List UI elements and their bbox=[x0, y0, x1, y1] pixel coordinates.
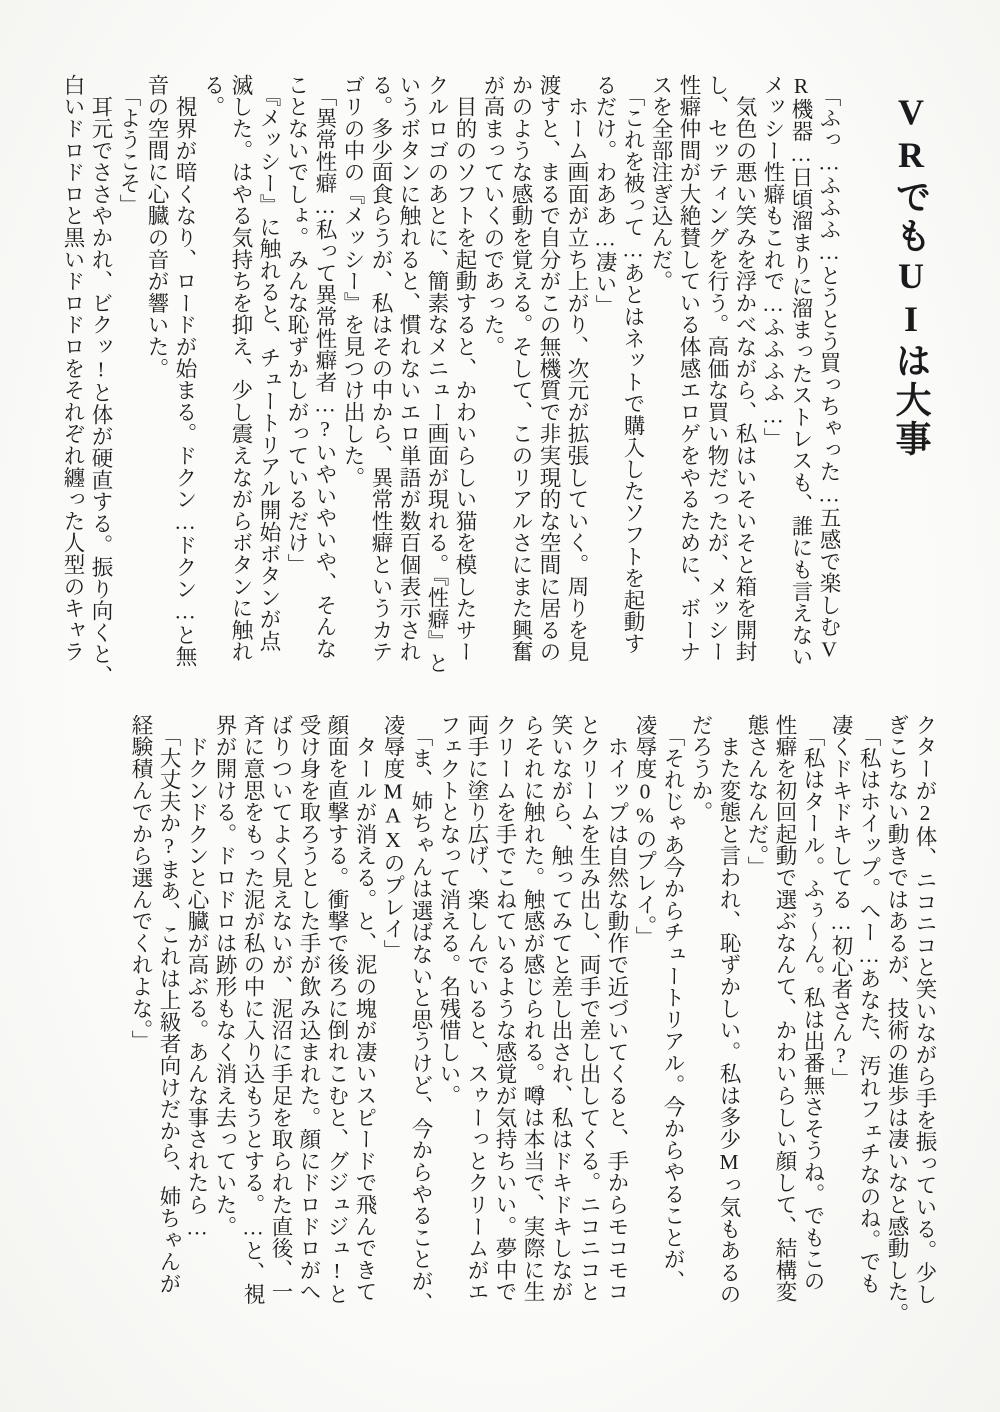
text-line: フェクトとなって消える。名残惜しい。 bbox=[435, 714, 463, 1328]
text-line: ドクンドクンと心臓が高ぶる。あんな事されたら… bbox=[183, 714, 211, 1328]
text-line: が高まっていくのであった。 bbox=[479, 74, 507, 688]
text-line: 「それじゃあ今からチュートリアル。今からやることが、 bbox=[659, 714, 687, 1328]
text-line: 性癖を初回起動で選ぶなんて、かわいらしい顔して、結構変 bbox=[771, 714, 799, 1328]
text-line: 目的のソフトを起動すると、かわいらしい猫を模したサー bbox=[451, 74, 479, 688]
text-line: だろうか。 bbox=[687, 714, 715, 1328]
scanned-document-page: VRでもUIは大事 「ふっ…ふふふ…とうとう買っちゃった…五感で楽しむVR機器…… bbox=[0, 0, 1000, 1412]
text-line: 「私はホイップ。へー…あなた、汚れフェチなのね。でも bbox=[855, 714, 883, 1328]
text-line: る。 bbox=[199, 74, 227, 688]
text-line: 『メッシー』に触れると、チュートリアル開始ボタンが点 bbox=[255, 74, 283, 688]
text-line: し、セッティングを行う。高価な買い物だったが、メッシー bbox=[703, 74, 731, 688]
text-line: 「ま、姉ちゃんは選ばないと思うけど、今からやることが、 bbox=[407, 714, 435, 1328]
text-line: タールが消える。と、泥の塊が凄いスピードで飛んできて bbox=[351, 714, 379, 1328]
text-line: る。多少面食らうが、私はその中から、異常性癖というカテ bbox=[367, 74, 395, 688]
text-line: 音の空間に心臓の音が響いた。 bbox=[143, 74, 171, 688]
text-line: 凌辱度MAXのプレイ」 bbox=[379, 714, 407, 1328]
text-line: 「異常性癖…私って異常性癖者…?いやいやいや、そんな bbox=[311, 74, 339, 688]
text-line: 笑いながら、触ってみてと差し出され、私はドキドキしなが bbox=[547, 714, 575, 1328]
text-line: 性癖仲間が大絶賛している体感エロゲをやるために、ボーナ bbox=[675, 74, 703, 688]
text-line: ホイップは自然な動作で近づいてくると、手からモコモコ bbox=[603, 714, 631, 1328]
text-line: R機器…日頃溜まりに溜まったストレスも、誰にも言えない bbox=[787, 74, 815, 688]
text-line: 「大丈夫か?まあ、これは上級者向けだから、姉ちゃんが bbox=[155, 714, 183, 1328]
text-line: ことないでしょ。みんな恥ずかしがっているだけ」 bbox=[283, 74, 311, 688]
text-line: 気色の悪い笑みを浮かべながら、私はいそいそと箱を開封 bbox=[731, 74, 759, 688]
text-line: ゴリの中の『メッシー』を見つけ出した。 bbox=[339, 74, 367, 688]
text-line: 視界が暗くなり、ロードが始まる。ドクン…ドクン…と無 bbox=[171, 74, 199, 688]
text-line: 受け身を取ろうとした手が飲み込まれた。顔にドロドロがへ bbox=[295, 714, 323, 1328]
text-line: 滅した。はやる気持ちを抑え、少し震えながらボタンに触れ bbox=[227, 74, 255, 688]
text-line: 「ふっ…ふふふ…とうとう買っちゃった…五感で楽しむV bbox=[815, 74, 843, 688]
text-line: 顔面を直撃する。衝撃で後ろに倒れこむと、グジュジュ!と bbox=[323, 714, 351, 1328]
text-line: 白いドロドロと黒いドロドロをそれぞれ纏った人型のキャラ bbox=[59, 74, 87, 688]
text-line: 「これを被って…あとはネットで購入したソフトを起動す bbox=[619, 74, 647, 688]
text-line: かのような感動を覚える。そして、このリアルさにまた興奮 bbox=[507, 74, 535, 688]
text-line: ぎこちない動きではあるが、技術の進歩は凄いなと感動した。 bbox=[883, 714, 911, 1328]
text-line: 経験積んでから選んでくれよな。」 bbox=[127, 714, 155, 1328]
text-block-bottom: クターが2体、ニコニコと笑いながら手を振っている。少しぎこちない動きではあるが、… bbox=[127, 714, 939, 1328]
text-line: スを全部注ぎ込んだ。 bbox=[647, 74, 675, 688]
text-line: ホーム画面が立ち上がり、次元が拡張していく。周りを見 bbox=[563, 74, 591, 688]
text-line: いうボタンに触れると、慣れないエロ単語が数百個表示され bbox=[395, 74, 423, 688]
text-line: 態さんなんだ。」 bbox=[743, 714, 771, 1328]
text-line: 渡すと、まるで自分がこの無機質で非実現的な空間に居るの bbox=[535, 74, 563, 688]
text-line: 斉に意思をもった泥が私の中に入り込もうとする。…と、視 bbox=[239, 714, 267, 1328]
text-line: クターが2体、ニコニコと笑いながら手を振っている。少し bbox=[911, 714, 939, 1328]
text-line: とクリームを生み出し、両手で差し出してくる。ニコニコと bbox=[575, 714, 603, 1328]
text-line: メッシー性癖もこれで…ふふふふ…」 bbox=[759, 74, 787, 688]
page-title: VRでもUIは大事 bbox=[886, 92, 937, 459]
text-line: クルロゴのあとに、簡素なメニュー画面が現れる。『性癖』と bbox=[423, 74, 451, 688]
text-line: 「ようこそ」 bbox=[115, 74, 143, 688]
text-line: 両手に塗り広げ、楽しんでいると、スゥーっとクリームがエ bbox=[463, 714, 491, 1328]
text-line: 界が開ける。ドロドロは跡形もなく消え去っていた。 bbox=[211, 714, 239, 1328]
text-line: クリームを手でこねているような感覚が気持ちいい。夢中で bbox=[491, 714, 519, 1328]
text-line: 凌辱度0%のプレイ。」 bbox=[631, 714, 659, 1328]
text-line: るだけ。わああ…凄い」 bbox=[591, 74, 619, 688]
text-line: ばりついてよく見えないが、泥沼に手足を取られた直後、一 bbox=[267, 714, 295, 1328]
text-block-top: 「ふっ…ふふふ…とうとう買っちゃった…五感で楽しむVR機器…日頃溜まりに溜まった… bbox=[59, 74, 843, 688]
text-line: 凄くドキドキしてる…初心者さん?」 bbox=[827, 714, 855, 1328]
text-line: 「私はタール。ふぅ〜ん。私は出番無さそうね。でもこの bbox=[799, 714, 827, 1328]
text-line: 耳元でささやかれ、ビクッ!と体が硬直する。振り向くと、 bbox=[87, 74, 115, 688]
text-line: らそれに触れた。触感が感じられる。噂は本当で、実際に生 bbox=[519, 714, 547, 1328]
text-line: また変態と言われ、恥ずかしい。私は多少Mっ気もあるの bbox=[715, 714, 743, 1328]
